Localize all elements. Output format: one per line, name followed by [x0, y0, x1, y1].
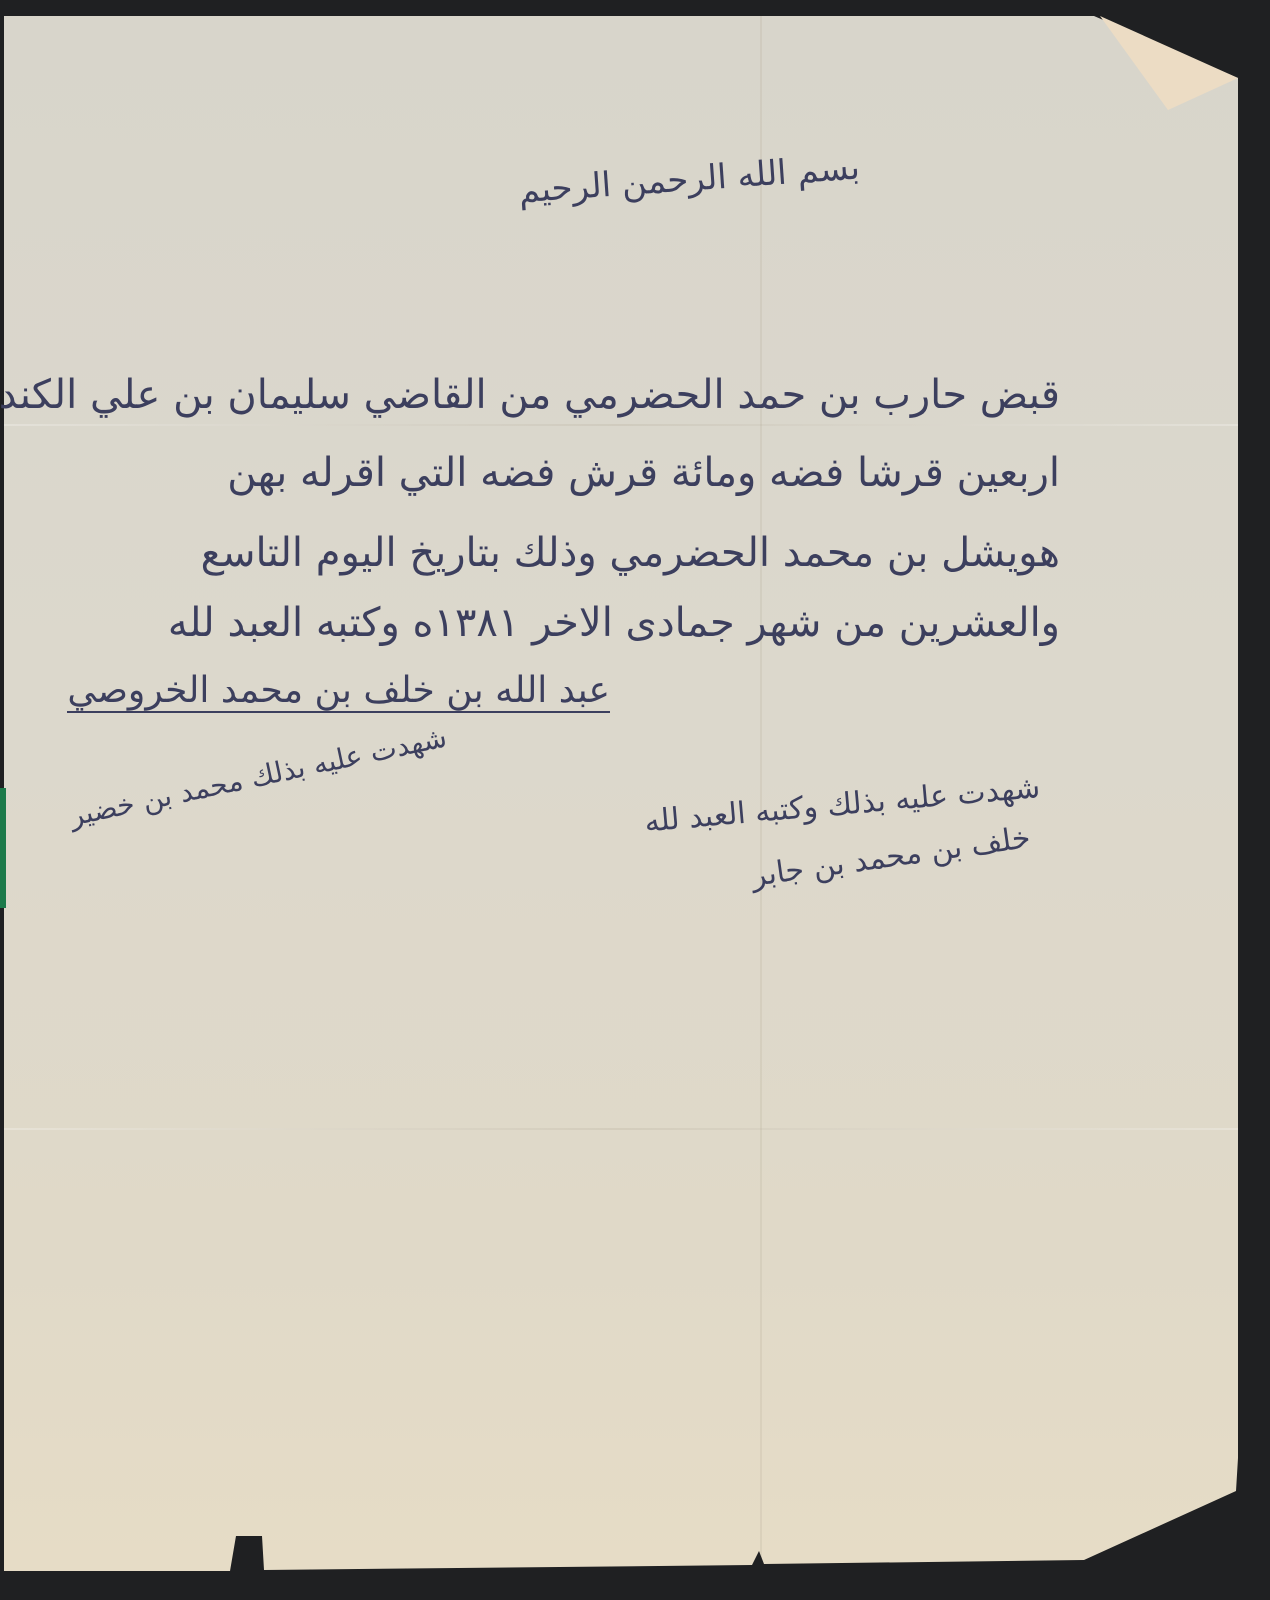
body-line-1: قبض حارب بن حمد الحضرمي من القاضي سليمان…: [0, 372, 1060, 418]
green-edge-strip: [0, 788, 6, 908]
body-line-3: هويشل بن محمد الحضرمي وذلك بتاريخ اليوم …: [201, 530, 1060, 576]
author-signature: عبد الله بن خلف بن محمد الخروصي: [67, 670, 610, 713]
fold-crease: [4, 424, 1238, 426]
body-line-2: اربعين قرشا فضه ومائة قرش فضه التي اقرله…: [227, 450, 1060, 496]
fold-crease: [4, 1128, 1238, 1130]
body-line-4: والعشرين من شهر جمادى الاخر ١٣٨١ه وكتبه …: [168, 600, 1060, 646]
